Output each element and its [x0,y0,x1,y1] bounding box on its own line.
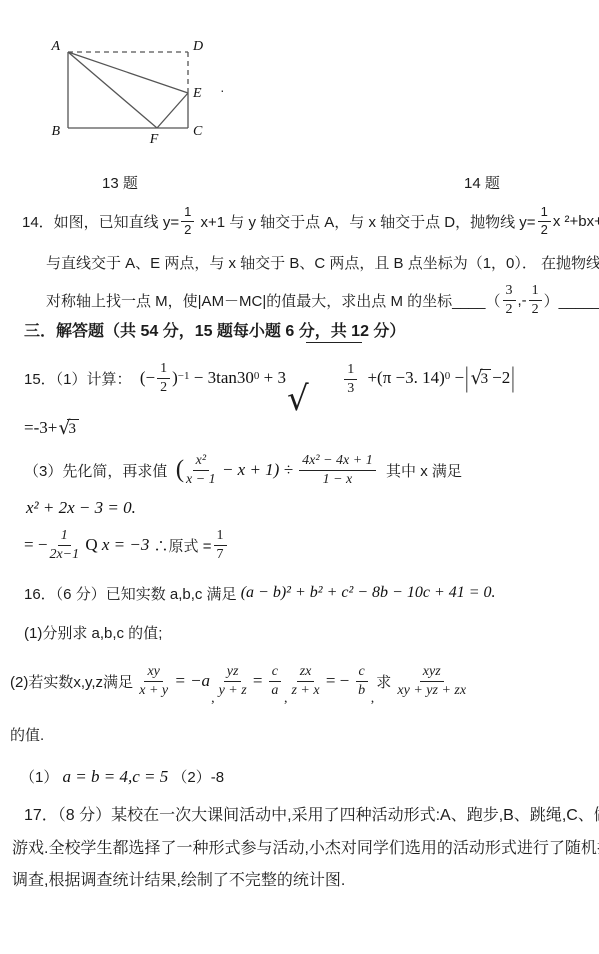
q16-frac-yz-den: y + z [219,682,247,699]
q15-3-frac3-den: 2x−1 [49,546,79,563]
q15-minus-sign: − [450,368,464,388]
q15-label: 15．（1）计算： [24,368,140,389]
q15-3-label: （3）先化简，再求值 [24,460,176,481]
q14-answer-frac-x: 3 2 [503,283,516,317]
q16-answer-line: （1） a = b = 4,c = 5 （2）-8 [20,766,224,787]
q15-3-result-line: = − 1 2x−1 Q x = −3 ∴原式 = 1 7 [24,522,229,568]
q14-line1-text2: x+1 与 y 轴交于点 A，与 x 轴交于点 D，抛物线 y= [196,211,535,232]
q16-part1-text: (1)分别求 a,b,c 的值; [24,622,162,643]
q14-line1: 14．如图，已知直线 y= 1 2 x+1 与 y 轴交于点 A，与 x 轴交于… [22,198,599,244]
q16-answer-part1-label: （1） [20,766,63,787]
q15-3-frac2-den: 1 − x [323,471,353,488]
q16-frac-cb-den: b [358,682,365,699]
q15-pi-term: +(π −3. 14) [363,368,445,388]
q16-fraction-zx: zx z + x [291,664,319,698]
q14-line2: 与直线交于 A、E 两点，与 x 轴交于 B、C 两点，且 B 点坐标为（1，0… [46,252,599,273]
q16-frac-xyz-num: xyz [420,664,444,682]
q16-part2-line: (2)若实数x,y,z满足 xy x + y = −a , yz y + z =… [10,652,468,710]
q17-line1-text: 17．（8 分）某校在一次大课间活动中,采用了四种活动形式:A、跑步,B、跳绳,… [24,802,599,825]
q16-frac-xy-num: xy [144,664,162,682]
q15-answer-radical: √ 3 [58,419,79,438]
q15-3-condition-line: x² + 2x − 3 = 0. [26,498,136,518]
q15-3-fraction3: 1 2x−1 [49,528,79,562]
q15-answer-line: =-3+ √ 3 [24,414,80,442]
q16-frac-cb-num: c [356,664,368,682]
q14-line1-text3: x ²+bx+c [553,213,599,230]
q15-radical3-body: 3 [480,369,492,388]
q17-line2-text: 游戏.全校学生都选择了一种形式参与活动,小杰对同学们选用的活动形式进行了随机抽样 [12,835,599,858]
figure-line-AE [68,52,188,93]
q14-fraction-half-1: 1 2 [181,205,194,237]
q16-line4: 的值. [10,724,44,745]
q16-fraction-yz: yz y + z [219,664,247,698]
q14-frac2-numerator: 1 [538,205,551,222]
q16-qiu-text: 求 [376,671,395,692]
q16-line1-text: 16．（6 分）已知实数 a,b,c 满足 [24,583,241,604]
q16-frac-ca-den: a [271,682,278,699]
q15-3-therefore: ∴原式 = [149,535,211,556]
q15-3-tail: 其中 x 满足 [378,460,462,481]
figure-line-AF [68,52,157,128]
q16-part2-text: (2)若实数x,y,z满足 [10,671,137,692]
q17-line2: 游戏.全校学生都选择了一种形式参与活动,小杰对同学们选用的活动形式进行了随机抽样 [12,835,599,858]
q15-frac-third-den: 3 [347,380,354,397]
q15-plus3-term: + 3 [259,368,286,388]
q16-answer-part2: （2）-8 [168,766,224,787]
caption-14: 14 题 [464,172,500,193]
q15-line1: 15．（1）计算： (− 1 2 ) −1 − 3tan30 0 + 3 √ 1… [24,352,516,404]
q16-fraction-xyz: xyz xy + yz + zx [397,664,466,698]
q14-answer-frac-y: 1 2 [529,283,542,317]
q15-abs-bar-close: | [510,361,515,395]
q14-line2-text: 与直线交于 A、E 两点，与 x 轴交于 B、C 两点，且 B 点坐标为（1，0… [46,252,599,273]
q16-frac-xyz-den: xy + yz + zx [397,682,466,699]
q15-answer-text: =-3+ [24,418,57,438]
q16-part1-line: (1)分别求 a,b,c 的值; [24,622,162,643]
q16-fraction-cb: c b [356,664,368,698]
q14-fraction-half-2: 1 2 [538,205,551,237]
q15-frac-third-num: 1 [344,362,357,380]
section3-header: 三．解答题（共 54 分，15 题每小题 6 分，共 12 分） [24,318,405,341]
q15-3-big-paren: ( [176,456,184,484]
q16-frac-xy-den: x + y [139,682,168,699]
q14-ans-frac1-num: 3 [503,283,516,301]
worksheet-page: A D E B C F · 13 题 14 题 14．如图，已知直线 y= 1 … [0,0,599,954]
q15-open-paren: (− [140,368,155,388]
q15-3-fraction1: x² x − 1 [186,453,216,487]
q14-line3-text1: 对称轴上找一点 M，使|AM－MC|的值最大，求出点 M 的坐标 [46,290,452,311]
q15-minus2-term: −2 [492,368,510,388]
q15-answer-radical-body: 3 [67,419,79,438]
q16-frac-zx-num: zx [297,664,315,682]
q16-frac-yz-num: yz [224,664,242,682]
q15-exponent-zero-a: 0 [254,370,260,382]
q14-answer-comma: ,- [518,292,527,309]
q14-frac1-denominator: 2 [184,222,191,238]
q15-3-eq: = − [24,535,47,555]
q16-eq-b: = [249,671,267,691]
q15-3-condition: x² + 2x − 3 = 0. [26,498,136,518]
q15-fraction-third: 1 3 [344,362,357,396]
figure-label-D: D [192,39,203,54]
q14-ans-frac2-den: 2 [532,301,539,318]
q15-3-line: （3）先化简，再求值 ( x² x − 1 − x + 1) ÷ 4x² − 4… [24,444,462,496]
q16-comma3: , [370,691,377,710]
q15-3-frac2-num: 4x² − 4x + 1 [299,453,376,471]
q17-line3-text: 调查,根据调查统计结果,绘制了不完整的统计图. [12,867,345,890]
q16-comma1: , [210,691,217,710]
q16-fraction-xy: xy x + y [139,664,168,698]
q15-3-xvalue: x = −3 [102,535,150,555]
q16-eq-a: = −a [170,671,210,691]
q15-radical-third: √ 1 3 [287,342,362,414]
q15-exponent-neg1: −1 [178,370,190,382]
q14-ans-frac1-den: 2 [506,301,513,318]
q16-line1: 16．（6 分）已知实数 a,b,c 满足 (a − b)² + b² + c²… [24,578,496,608]
q15-3-frac1-den: x − 1 [186,471,216,488]
q14-answer-blank1: ____（ [452,290,500,311]
q14-line1-text1: 14．如图，已知直线 y= [22,211,179,232]
q15-3-frac4-den: 7 [217,546,224,563]
q15-tan-term: − 3tan30 [190,368,254,388]
q14-frac2-denominator: 2 [541,222,548,238]
q16-frac-ca-num: c [269,664,281,682]
q15-3-frac3-num: 1 [58,528,71,546]
q15-exponent-zero-b: 0 [445,370,451,382]
q16-comma2: , [283,691,290,710]
q15-radical-body: 1 3 [306,342,363,414]
q16-equation: (a − b)² + b² + c² − 8b − 10c + 41 = 0. [241,584,496,602]
q14-answer-blank2: ）______ [544,290,599,311]
q16-line4-text: 的值. [10,724,44,745]
q15-3-frac1-num: x² [193,453,209,471]
q15-3-fraction4: 1 7 [214,528,227,562]
q15-frac-half-den: 2 [160,379,167,396]
figure-label-A: A [50,39,60,54]
figure-label-B: B [51,124,60,139]
q17-line1: 17．（8 分）某校在一次大课间活动中,采用了四种活动形式:A、跑步,B、跳绳,… [24,802,599,825]
figure-label-C: C [193,124,203,139]
q14-frac1-numerator: 1 [181,205,194,222]
section3-title: 三．解答题（共 54 分，15 题每小题 6 分，共 12 分） [24,318,405,341]
q16-fraction-ca: c a [269,664,281,698]
q17-line3: 调查,根据调查统计结果,绘制了不完整的统计图. [12,867,345,890]
figure-label-E: E [192,86,202,101]
q14-ans-frac2-num: 1 [529,283,542,301]
q15-fraction-half: 1 2 [157,361,170,395]
stray-dot: · [220,82,225,98]
q15-3-fraction2: 4x² − 4x + 1 1 − x [299,453,376,487]
geometry-figure: A D E B C F [46,28,236,150]
q16-eq-c: = − [322,671,354,691]
q15-abs-bar-open: | [464,361,469,395]
q14-line3: 对称轴上找一点 M，使|AM－MC|的值最大，求出点 M 的坐标 ____（ 3… [46,278,599,322]
figure-label-F: F [149,132,159,147]
q15-3-middle: − x + 1) ÷ [218,460,297,480]
caption-13-label: 13 题 [102,172,138,193]
q16-frac-zx-den: z + x [291,682,319,699]
q15-frac-half-num: 1 [157,361,170,379]
figure-line-FE [157,93,188,128]
q15-3-because-symbol: Q [81,535,102,555]
caption-13: 13 题 [102,172,138,193]
caption-14-label: 14 题 [464,172,500,193]
q15-radical-three: √ 3 [471,369,492,388]
q15-3-frac4-num: 1 [214,528,227,546]
q16-answer-values: a = b = 4,c = 5 [63,767,169,787]
